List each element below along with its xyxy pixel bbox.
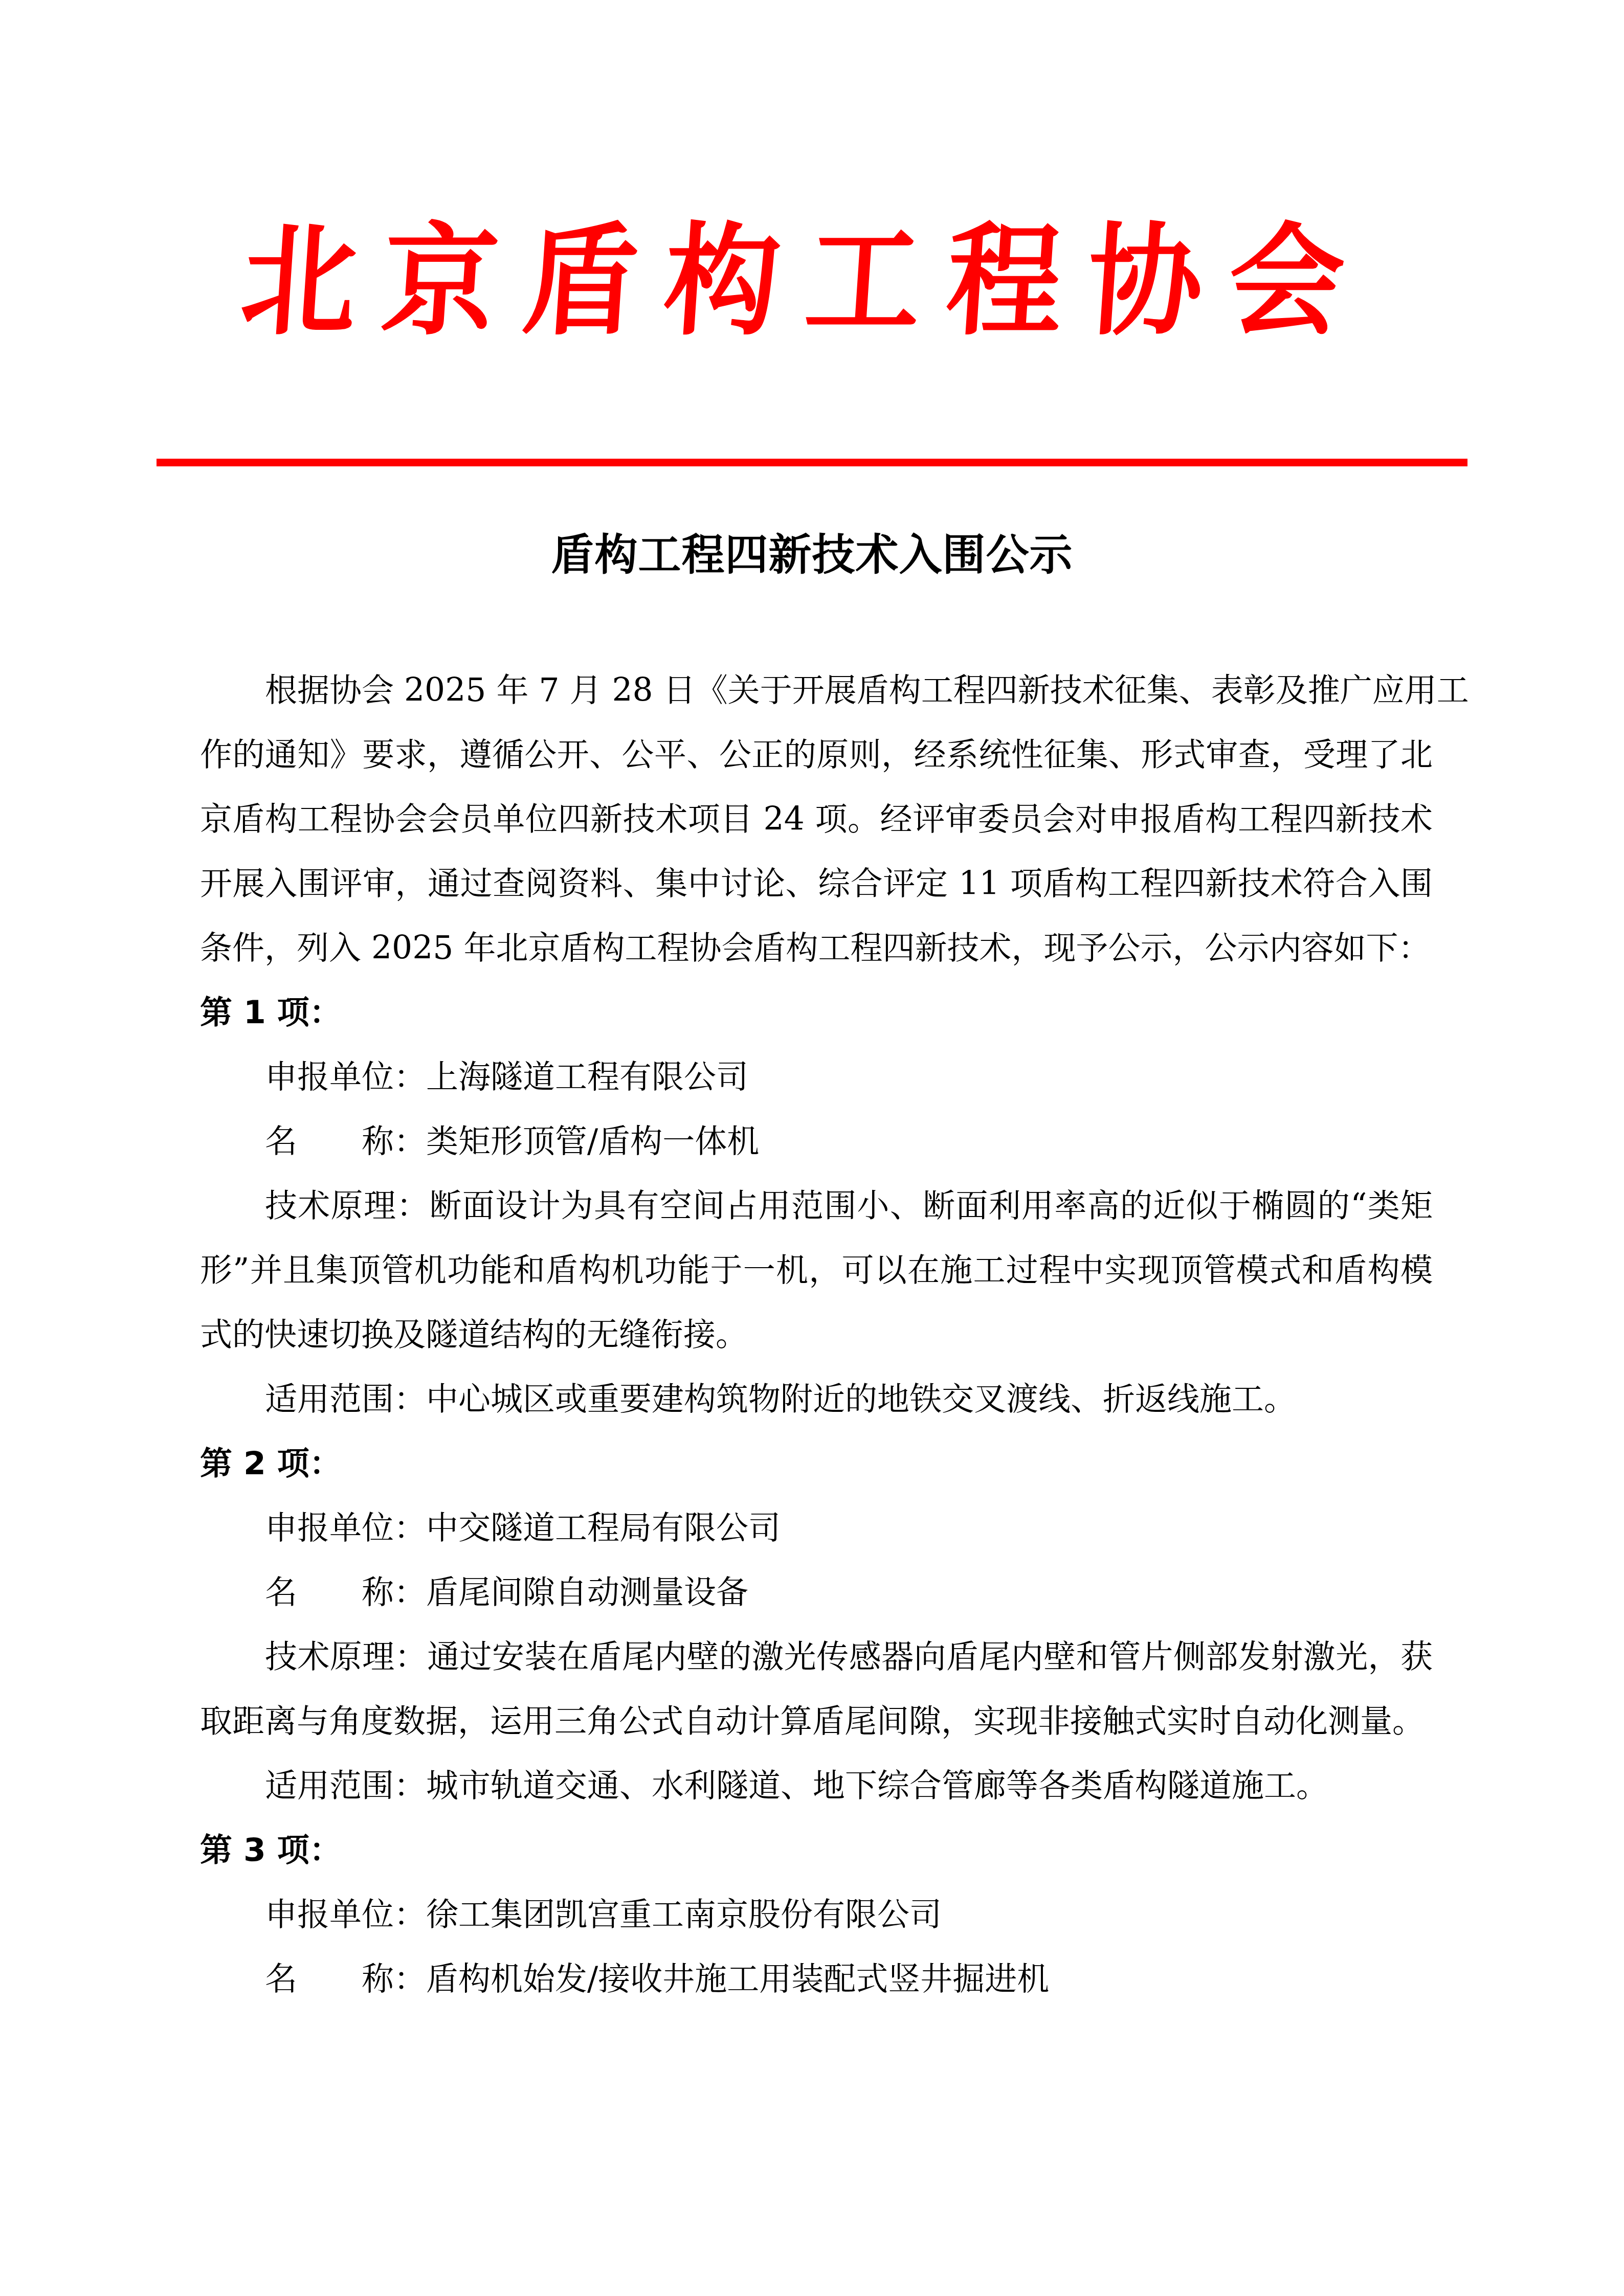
applicant-value: 上海隧道工程有限公司 [426, 1058, 748, 1095]
paragraph-line: 作的通知》要求，遵循公开、公平、公正的原则，经系统性征集、形式审查，受理了北 [200, 723, 1433, 787]
letterhead-char: 程 [940, 204, 1068, 359]
paragraph-line: 根据协会 2025 年 7 月 28 日《关于开展盾构工程四新技术征集、表彰及推… [200, 658, 1433, 723]
document-title: 盾构工程四新技术入围公示 [0, 529, 1624, 580]
applicant-label: 申报单位： [265, 1509, 426, 1546]
applicant-field: 申报单位：上海隧道工程有限公司 [200, 1045, 1433, 1109]
item-section: 第 2 项： 申报单位：中交隧道工程局有限公司 名 称：盾尾间隙自动测量设备 技… [200, 1431, 1433, 1818]
letterhead-char: 北 [235, 204, 363, 359]
intro-paragraph: 根据协会 2025 年 7 月 28 日《关于开展盾构工程四新技术征集、表彰及推… [200, 658, 1433, 980]
letterhead-char: 构 [658, 204, 786, 359]
letterhead-char: 盾 [517, 204, 645, 359]
name-value: 盾尾间隙自动测量设备 [426, 1573, 748, 1611]
item-heading: 第 2 项： [200, 1431, 1433, 1496]
principle-line: 式的快速切换及隧道结构的无缝衔接。 [200, 1302, 1433, 1367]
paragraph-line: 京盾构工程协会会员单位四新技术项目 24 项。经评审委员会对申报盾构工程四新技术 [200, 787, 1433, 851]
document-body: 根据协会 2025 年 7 月 28 日《关于开展盾构工程四新技术征集、表彰及推… [200, 658, 1433, 2011]
principle-line: 技术原理：断面设计为具有空间占用范围小、断面利用率高的近似于椭圆的“类矩 [200, 1174, 1433, 1238]
name-field: 名 称：盾构机始发/接收井施工用装配式竖井掘进机 [200, 1947, 1433, 2011]
name-value: 盾构机始发/接收井施工用装配式竖井掘进机 [426, 1960, 1049, 1997]
paragraph-line: 开展入围评审，通过查阅资料、集中讨论、综合评定 11 项盾构工程四新技术符合入围 [200, 851, 1433, 916]
letterhead-divider [157, 459, 1467, 466]
org-letterhead: 北 京 盾 构 工 程 协 会 [240, 207, 1345, 355]
letterhead-char: 会 [1222, 204, 1350, 359]
name-field: 名 称：类矩形顶管/盾构一体机 [200, 1109, 1433, 1174]
item-section: 第 3 项： 申报单位：徐工集团凯宫重工南京股份有限公司 名 称：盾构机始发/接… [200, 1818, 1433, 2011]
letterhead-char: 工 [799, 204, 927, 359]
item-section: 第 1 项： 申报单位：上海隧道工程有限公司 名 称：类矩形顶管/盾构一体机 技… [200, 980, 1433, 1431]
scope-field: 适用范围：中心城区或重要建构筑物附近的地铁交叉渡线、折返线施工。 [200, 1367, 1433, 1431]
name-label: 名 称： [265, 1960, 426, 1997]
principle-line: 技术原理：通过安装在盾尾内壁的激光传感器向盾尾内壁和管片侧部发射激光，获 [200, 1625, 1433, 1689]
item-heading: 第 1 项： [200, 980, 1433, 1045]
applicant-label: 申报单位： [265, 1058, 426, 1095]
name-label: 名 称： [265, 1573, 426, 1611]
document-page: 北 京 盾 构 工 程 协 会 盾构工程四新技术入围公示 根据协会 2025 年… [0, 0, 1624, 2296]
name-value: 类矩形顶管/盾构一体机 [426, 1122, 759, 1160]
applicant-label: 申报单位： [265, 1896, 426, 1933]
principle-line: 取距离与角度数据，运用三角公式自动计算盾尾间隙，实现非接触式实时自动化测量。 [200, 1689, 1433, 1753]
paragraph-line: 条件，列入 2025 年北京盾构工程协会盾构工程四新技术，现予公示，公示内容如下… [200, 916, 1433, 980]
letterhead-char: 协 [1081, 204, 1209, 359]
applicant-field: 申报单位：徐工集团凯宫重工南京股份有限公司 [200, 1882, 1433, 1947]
name-label: 名 称： [265, 1122, 426, 1160]
applicant-value: 中交隧道工程局有限公司 [426, 1509, 781, 1546]
name-field: 名 称：盾尾间隙自动测量设备 [200, 1560, 1433, 1625]
applicant-field: 申报单位：中交隧道工程局有限公司 [200, 1496, 1433, 1560]
applicant-value: 徐工集团凯宫重工南京股份有限公司 [426, 1896, 942, 1933]
letterhead-char: 京 [376, 204, 504, 359]
item-heading: 第 3 项： [200, 1818, 1433, 1882]
scope-field: 适用范围：城市轨道交通、水利隧道、地下综合管廊等各类盾构隧道施工。 [200, 1753, 1433, 1818]
principle-line: 形”并且集顶管机功能和盾构机功能于一机，可以在施工过程中实现顶管模式和盾构模 [200, 1238, 1433, 1302]
